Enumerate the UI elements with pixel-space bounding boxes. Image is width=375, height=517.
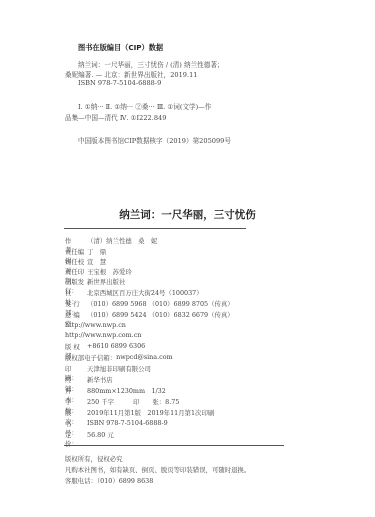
info-label: 版权部电子信箱：	[65, 353, 116, 362]
website-link[interactable]: http://www.nwp.cn	[65, 321, 126, 329]
cip-subject-line: Ⅰ. ①纳··· Ⅱ. ①纳··· ②桑··· Ⅲ. ①词(文学)—作	[78, 101, 211, 111]
cip-isbn-line: ISBN 978-7-5104-6888-9	[78, 79, 161, 87]
footer-return-policy: 凡购本社图书，如有缺页、倒页、脱页等印装错误，可随时退换。	[65, 465, 250, 474]
footer-service-phone: 客服电话：（010）6899 8638	[65, 476, 153, 485]
cip-number-line: 中国版本图书馆CIP数据核字（2019）第205099号	[78, 135, 231, 145]
cip-subject-line-2: 品集—中国—清代 Ⅳ. ①I222.849	[65, 112, 166, 122]
info-row-copyright-email: 版权部电子信箱： nwpcd@sina.com	[65, 353, 173, 362]
info-row-website-2: http://www.nwp.com.cn	[65, 331, 141, 339]
website-link[interactable]: http://www.nwp.com.cn	[65, 331, 141, 339]
book-title: 纳兰词：一尺华丽，三寸忧伤	[0, 207, 375, 222]
cip-heading: 图书在版编目（CIP）数据	[78, 43, 163, 53]
info-row-website-1: http://www.nwp.cn	[65, 321, 126, 329]
cip-author-line: 桑妮编著. — 北京：新世界出版社，2019.11	[65, 69, 197, 79]
cip-title-line: 纳兰词：一尺华丽，三寸忧伤 / (清) 纳兰性德著；	[78, 59, 224, 69]
email-link[interactable]: nwpcd@sina.com	[116, 353, 173, 362]
footer-rule	[64, 445, 284, 446]
title-rule	[64, 228, 246, 229]
footer-copyright: 版权所有，侵权必究	[65, 454, 123, 463]
